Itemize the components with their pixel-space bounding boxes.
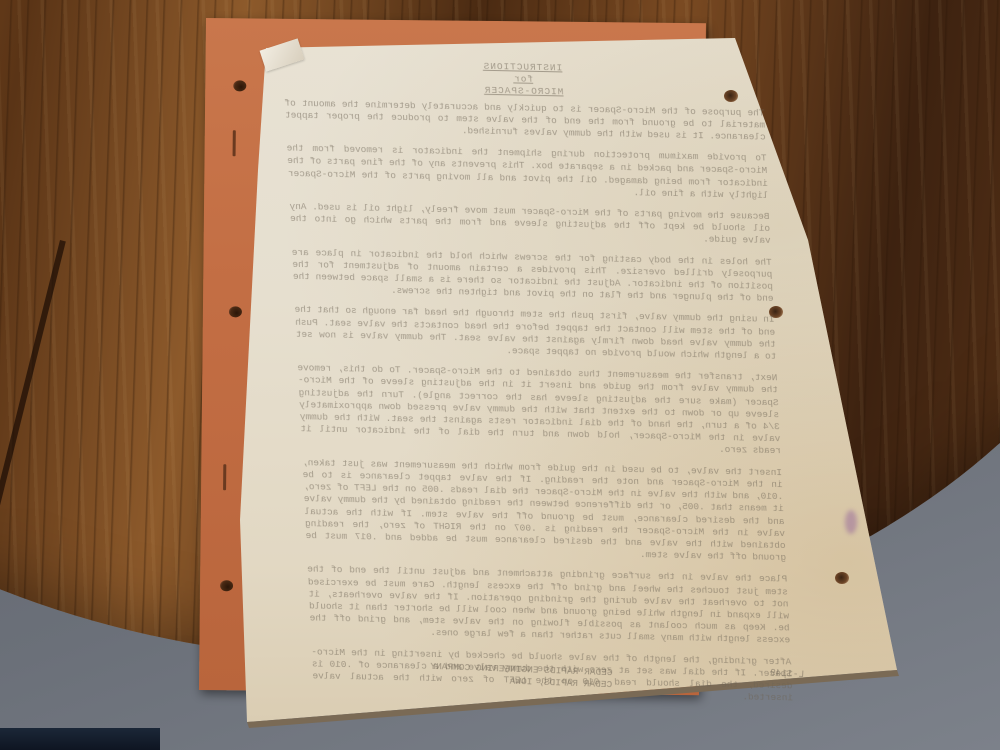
staple — [223, 464, 226, 490]
paragraph: Next, transfer the measurement thus obta… — [297, 362, 781, 458]
footer-code: L-1149 — [770, 667, 805, 680]
document-text: INSTRUCTIONS for MICRO-SPACER The purpos… — [282, 57, 794, 714]
paragraph: In using the dummy valve, first push the… — [294, 304, 776, 363]
folder-hole — [233, 80, 246, 91]
paragraph: Insert the valve, to be used in the guid… — [302, 457, 787, 565]
ink-stain — [845, 510, 857, 534]
paragraph: The holes in the body casting for the sc… — [292, 246, 774, 305]
staple — [233, 130, 236, 156]
folder-hole — [229, 306, 242, 317]
paragraph: Because the moving parts of the Micro-Sp… — [289, 201, 771, 248]
folder-hole — [220, 580, 233, 591]
paragraph: To provide maximum protection during shi… — [286, 143, 768, 202]
paragraph: The purpose of the Micro-Spacer is to qu… — [284, 97, 766, 144]
photo-scene: INSTRUCTIONS for MICRO-SPACER The purpos… — [0, 0, 1000, 750]
paper-hole — [835, 572, 849, 584]
paragraph: Place the valve in the surface grinding … — [307, 564, 790, 647]
chair-back — [0, 728, 160, 750]
